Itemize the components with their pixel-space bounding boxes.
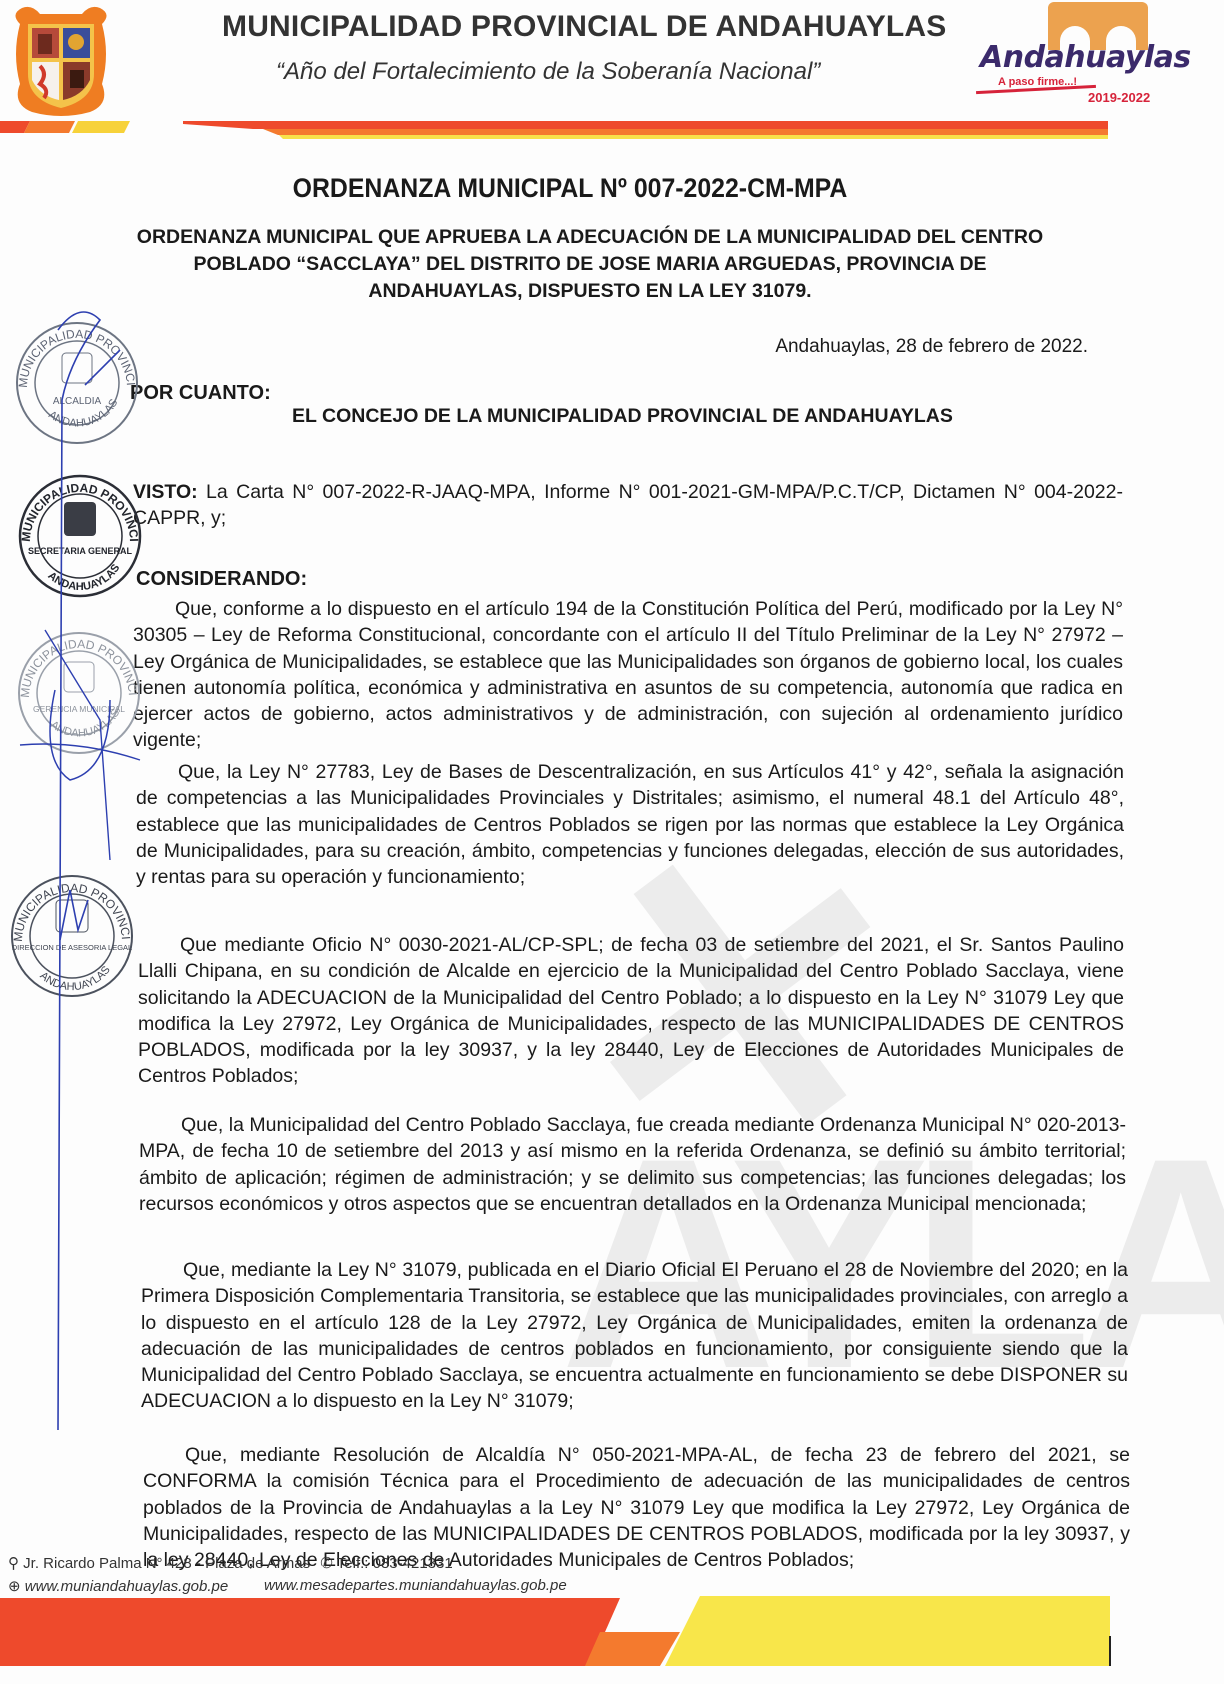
stamp-alcaldia: MUNICIPALIDAD PROVINCIAL ANDAHUAYLAS ALC… bbox=[12, 318, 142, 448]
header-band-left bbox=[0, 121, 130, 133]
paragraph-5: Que, mediante la Ley N° 31079, publicada… bbox=[141, 1257, 1128, 1415]
por-cuanto-heading: POR CUANTO: bbox=[130, 382, 271, 405]
phone-icon: ✆ bbox=[320, 1555, 333, 1572]
logo-years: 2019-2022 bbox=[1088, 90, 1150, 105]
footer-website-line: ⊕ www.muniandahuaylas.gob.pe bbox=[8, 1577, 228, 1595]
year-motto: “Año del Fortalecimiento de la Soberanía… bbox=[276, 58, 820, 86]
footer-band bbox=[0, 1596, 1224, 1684]
svg-text:GERENCIA MUNICIPAL: GERENCIA MUNICIPAL bbox=[33, 704, 125, 714]
header-band-right bbox=[183, 121, 1224, 139]
footer-website-link[interactable]: www.muniandahuaylas.gob.pe bbox=[25, 1578, 228, 1595]
svg-text:ALCALDIA: ALCALDIA bbox=[53, 396, 102, 407]
ordinance-subtitle: ORDENANZA MUNICIPAL QUE APRUEBA LA ADECU… bbox=[130, 224, 1050, 305]
map-pin-icon: ⚲ bbox=[8, 1555, 19, 1572]
stamp-secretaria-general: MUNICIPALIDAD PROVINCIAL ANDAHUAYLAS SEC… bbox=[16, 472, 144, 600]
paragraph-1: Que, conforme a lo dispuesto en el artíc… bbox=[133, 596, 1123, 754]
document-date: Andahuaylas, 28 de febrero de 2022. bbox=[775, 336, 1088, 358]
footer-phone: Telf.: 083-421331 bbox=[337, 1555, 453, 1572]
andahuaylas-brand-logo: Andahuaylas A paso firme...! 2019-2022 bbox=[968, 0, 1168, 110]
logo-name: Andahuaylas bbox=[980, 40, 1191, 75]
svg-text:SECRETARIA GENERAL: SECRETARIA GENERAL bbox=[28, 546, 133, 556]
footer-address: Jr. Ricardo Palma N° 428 - Plaza de Arma… bbox=[23, 1555, 310, 1572]
paragraph-3: Que mediante Oficio N° 0030-2021-AL/CP-S… bbox=[138, 932, 1124, 1090]
globe-icon: ⊕ bbox=[8, 1578, 21, 1595]
coat-of-arms-logo bbox=[10, 4, 112, 116]
visto-text: La Carta N° 007-2022-R-JAAQ-MPA, Informe… bbox=[133, 481, 1123, 529]
footer-contact-line: ⚲ Jr. Ricardo Palma N° 428 - Plaza de Ar… bbox=[8, 1554, 453, 1572]
visto-paragraph: VISTO: La Carta N° 007-2022-R-JAAQ-MPA, … bbox=[133, 479, 1123, 532]
paragraph-2: Que, la Ley N° 27783, Ley de Bases de De… bbox=[136, 759, 1124, 890]
footer-mesa-partes-link[interactable]: www.mesadepartes.muniandahuaylas.gob.pe bbox=[264, 1577, 567, 1594]
stamp-gerencia-municipal: MUNICIPALIDAD PROVINCIAL ANDAHUAYLAS GER… bbox=[14, 628, 144, 758]
paragraph-4: Que, la Municipalidad del Centro Poblado… bbox=[139, 1112, 1126, 1217]
concejo-heading: EL CONCEJO DE LA MUNICIPALIDAD PROVINCIA… bbox=[292, 405, 953, 428]
stamp-asesoria-legal: MUNICIPALIDAD PROVINCIAL ANDAHUAYLAS DIR… bbox=[6, 870, 138, 1002]
ordinance-number-title: ORDENANZA MUNICIPAL Nº 007-2022-CM-MPA bbox=[46, 173, 1095, 204]
institution-title: MUNICIPALIDAD PROVINCIAL DE ANDAHUAYLAS bbox=[222, 10, 947, 44]
considerando-heading: CONSIDERANDO: bbox=[136, 568, 307, 591]
svg-text:DIRECCION DE ASESORIA LEGAL: DIRECCION DE ASESORIA LEGAL bbox=[12, 943, 132, 952]
